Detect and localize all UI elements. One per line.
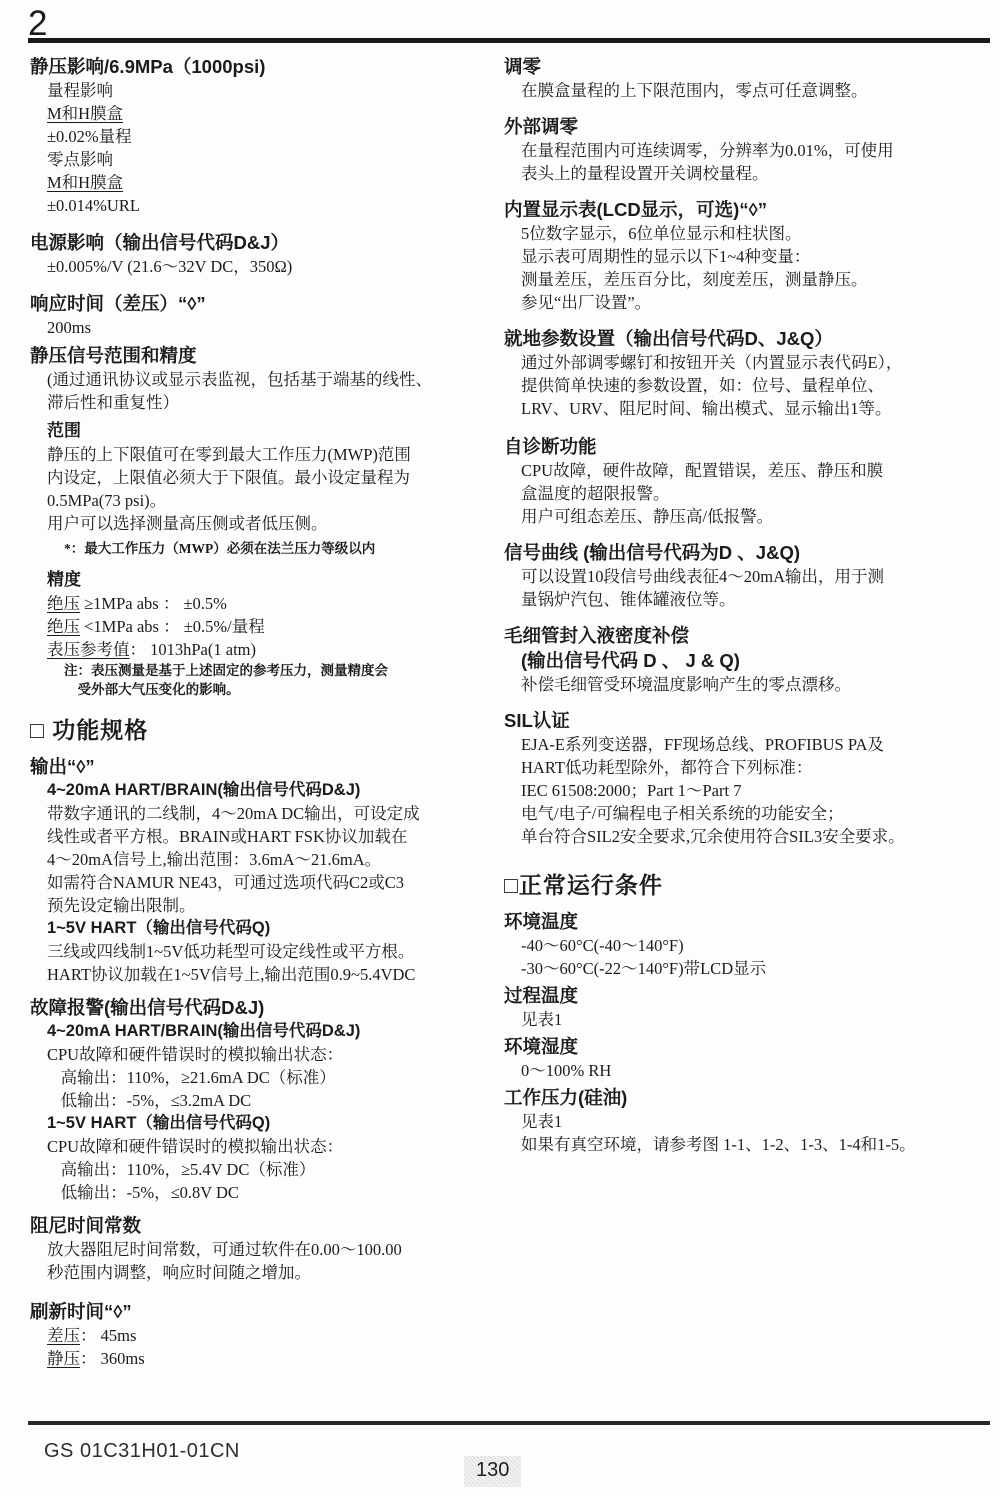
body-line: HART低功耗型除外，都符合下列标准：	[504, 756, 974, 779]
body-line: 通过外部调零螺钉和按钮开关（内置显示表代码E），	[504, 351, 974, 374]
body-line: 三线或四线制1~5V低功耗型可设定线性或平方根。	[30, 940, 482, 963]
inline-heading: 范围	[30, 419, 482, 443]
header-rule	[28, 38, 990, 43]
body-line: ±0.005%/V (21.6～32V DC，350Ω)	[30, 255, 482, 278]
body-line: 用户可组态差压、静压高/低报警。	[504, 505, 974, 528]
heading: 响应时间（差压）“◊”	[30, 291, 482, 316]
body-line: 见表1	[504, 1008, 974, 1031]
heading: 故障报警(输出信号代码D&J)	[30, 995, 482, 1020]
heading: (输出信号代码 D 、 J & Q)	[504, 648, 974, 673]
heading: 信号曲线 (输出信号代码为D 、J&Q)	[504, 540, 974, 565]
body-line: CPU故障，硬件故障，配置错误，差压、静压和膜	[504, 459, 974, 482]
heading: 自诊断功能	[504, 434, 974, 459]
body-line: 预先设定输出限制。	[30, 894, 482, 917]
heading: 过程温度	[504, 983, 974, 1008]
body-line: CPU故障和硬件错误时的模拟输出状态：	[30, 1135, 482, 1158]
body-line: 量程影响	[30, 79, 482, 102]
subheading: 1~5V HART（输出信号代码Q)	[30, 1112, 482, 1135]
heading: 环境温度	[504, 909, 974, 934]
page-content: 静压影响/6.9MPa（1000psi)量程影响M和H膜盒±0.02%量程零点影…	[30, 54, 982, 1370]
body-line: 量锅炉汽包、锥体罐液位等。	[504, 588, 974, 611]
body-line: 补偿毛细管受环境温度影响产生的零点漂移。	[504, 673, 974, 696]
body-line: ±0.02%量程	[30, 125, 482, 148]
inline-heading: 精度	[30, 568, 482, 592]
body-line: 内设定，上限值必须大于下限值。最小设定量程为	[30, 466, 482, 489]
heading: 工作压力(硅油)	[504, 1085, 974, 1110]
body-line: 放大器阻尼时间常数，可通过软件在0.00～100.00	[30, 1238, 482, 1261]
subheading: 4~20mA HART/BRAIN(输出信号代码D&J)	[30, 779, 482, 802]
body-line: EJA-E系列变送器，FF现场总线、PROFIBUS PA及	[504, 733, 974, 756]
body-line: 绝压 <1MPa abs ： ±0.5%/量程	[30, 615, 482, 638]
body-line: 高输出：110%，≥5.4V DC（标准）	[30, 1158, 482, 1181]
body-line: 在量程范围内可连续调零，分辨率为0.01%，可使用	[504, 139, 974, 162]
note-line: 注：表压测量是基于上述固定的参考压力，测量精度会	[30, 661, 482, 680]
right-column: 调零在膜盒量程的上下限范围内，零点可任意调整。外部调零在量程范围内可连续调零，分…	[504, 54, 974, 1370]
page-corner-number: 2	[28, 6, 47, 42]
body-line: 盒温度的超限报警。	[504, 482, 974, 505]
body-line: 如果有真空环境，请参考图 1-1、1-2、1-3、1-4和1-5。	[504, 1133, 974, 1156]
body-line: LRV、URV、阻尼时间、输出模式、显示输出1等。	[504, 397, 974, 420]
body-line: 在膜盒量程的上下限范围内，零点可任意调整。	[504, 79, 974, 102]
body-line: 如需符合NAMUR NE43，可通过选项代码C2或C3	[30, 871, 482, 894]
body-line: 0～100% RH	[504, 1059, 974, 1082]
body-line: 200ms	[30, 316, 482, 339]
heading: 刷新时间“◊”	[30, 1299, 482, 1324]
heading: 就地参数设置（输出信号代码D、J&Q）	[504, 326, 974, 351]
body-line: 表压参考值： 1013hPa(1 atm)	[30, 638, 482, 661]
body-line: IEC 61508:2000；Part 1～Part 7	[504, 779, 974, 802]
note-line: *：最大工作压力（MWP）必须在法兰压力等级以内	[30, 539, 482, 558]
body-line: M和H膜盒	[30, 102, 482, 125]
heading: 输出“◊”	[30, 754, 482, 779]
body-line: 高输出：110%，≥21.6mA DC（标准）	[30, 1066, 482, 1089]
chapter-heading: □正常运行条件	[504, 870, 974, 901]
body-line: 带数字通讯的二线制，4～20mA DC输出，可设定成	[30, 802, 482, 825]
body-line: 电气/电子/可编程电子相关系统的功能安全；	[504, 802, 974, 825]
body-line: ±0.014%URL	[30, 194, 482, 217]
heading: 静压信号范围和精度	[30, 343, 482, 368]
body-line: 可以设置10段信号曲线表征4～20mA输出，用于测	[504, 565, 974, 588]
heading: 电源影响（输出信号代码D&J）	[30, 230, 482, 255]
body-line: -40～60°C(-40～140°F)	[504, 934, 974, 957]
body-line: 单台符合SIL2安全要求,冗余使用符合SIL3安全要求。	[504, 825, 974, 848]
body-line: 静压的上下限值可在零到最大工作压力(MWP)范围	[30, 443, 482, 466]
body-line: 滞后性和重复性）	[30, 391, 482, 414]
body-line: 低输出：-5%，≤0.8V DC	[30, 1181, 482, 1204]
left-column: 静压影响/6.9MPa（1000psi)量程影响M和H膜盒±0.02%量程零点影…	[30, 54, 482, 1370]
page-number: 130	[464, 1456, 521, 1487]
body-line: 提供简单快速的参数设置，如：位号、量程单位、	[504, 374, 974, 397]
body-line: 用户可以选择测量高压侧或者低压侧。	[30, 512, 482, 535]
subheading: 4~20mA HART/BRAIN(输出信号代码D&J)	[30, 1020, 482, 1043]
body-line: 表头上的量程设置开关调校量程。	[504, 162, 974, 185]
body-line: 秒范围内调整，响应时间随之增加。	[30, 1261, 482, 1284]
subheading: 1~5V HART（输出信号代码Q)	[30, 917, 482, 940]
body-line: M和H膜盒	[30, 171, 482, 194]
heading: 阻尼时间常数	[30, 1213, 482, 1238]
body-line: 线性或者平方根。BRAIN或HART FSK协议加载在	[30, 825, 482, 848]
footer-rule	[28, 1421, 990, 1425]
heading: 内置显示表(LCD显示，可选)“◊”	[504, 197, 974, 222]
document-page: 2 静压影响/6.9MPa（1000psi)量程影响M和H膜盒±0.02%量程零…	[0, 0, 1000, 1496]
heading: 调零	[504, 54, 974, 79]
body-line: -30～60°C(-22～140°F)带LCD显示	[504, 957, 974, 980]
heading: SIL认证	[504, 708, 974, 733]
body-line: HART协议加载在1~5V信号上,输出范围0.9~5.4VDC	[30, 963, 482, 986]
body-line: 4～20mA信号上,输出范围：3.6mA～21.6mA。	[30, 848, 482, 871]
body-line: 零点影响	[30, 148, 482, 171]
body-line: 显示表可周期性的显示以下1~4种变量：	[504, 245, 974, 268]
body-line: (通过通讯协议或显示表监视，包括基于端基的线性、	[30, 368, 482, 391]
body-line: 测量差压，差压百分比，刻度差压，测量静压。	[504, 268, 974, 291]
body-line: 差压： 45ms	[30, 1324, 482, 1347]
body-line: 0.5MPa(73 psi)。	[30, 489, 482, 512]
body-line: CPU故障和硬件错误时的模拟输出状态：	[30, 1043, 482, 1066]
body-line: 静压： 360ms	[30, 1347, 482, 1370]
body-line: 参见“出厂设置”。	[504, 291, 974, 314]
body-line: 绝压 ≥1MPa abs ： ±0.5%	[30, 592, 482, 615]
body-line: 5位数字显示，6位单位显示和柱状图。	[504, 222, 974, 245]
body-line: 见表1	[504, 1110, 974, 1133]
chapter-heading: □ 功能规格	[30, 715, 482, 746]
body-line: 低输出：-5%，≤3.2mA DC	[30, 1089, 482, 1112]
heading: 外部调零	[504, 114, 974, 139]
heading: 静压影响/6.9MPa（1000psi)	[30, 54, 482, 79]
heading: 毛细管封入液密度补偿	[504, 623, 974, 648]
heading: 环境湿度	[504, 1034, 974, 1059]
note-line: 受外部大气压变化的影响。	[30, 680, 482, 699]
doc-number: GS 01C31H01-01CN	[44, 1440, 240, 1463]
